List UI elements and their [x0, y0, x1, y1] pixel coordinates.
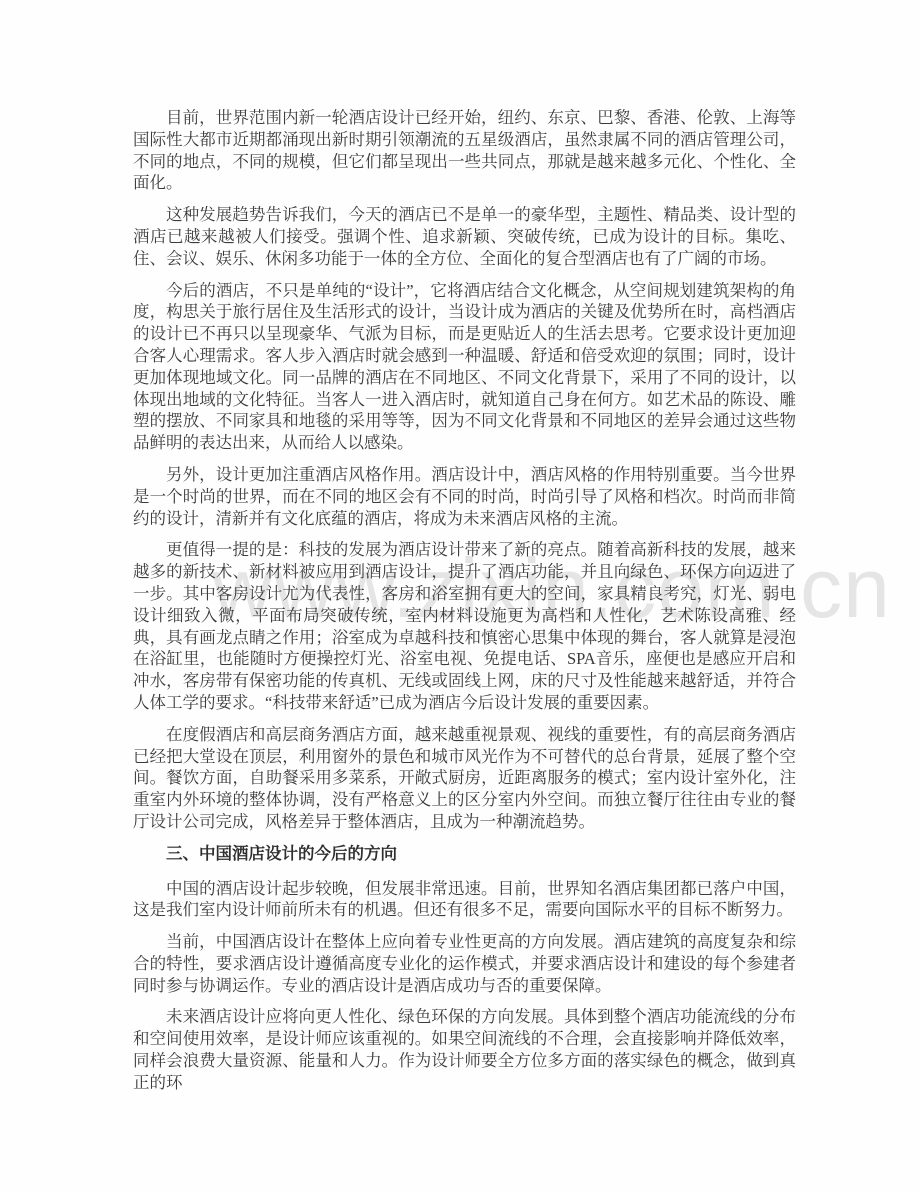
- paragraph-china-late-start: 中国的酒店设计起步较晚，但发展非常迅速。目前，世界知名酒店集团都已落户中国，这是…: [133, 878, 796, 922]
- paragraph-professional-direction: 当前，中国酒店设计在整体上应向着专业性更高的方向发展。酒店建筑的高度复杂和综合的…: [133, 931, 796, 996]
- paragraph-development-trend: 这种发展趋势告诉我们，今天的酒店已不是单一的豪华型，主题性、精品类、设计型的酒店…: [133, 204, 796, 269]
- paragraph-future-green-design: 未来酒店设计应将向更人性化、绿色环保的方向发展。具体到整个酒店功能流线的分布和空…: [133, 1006, 796, 1093]
- document-page: www.zixin.com.cn 目前，世界范围内新一轮酒店设计已经开始，纽约、…: [0, 0, 920, 1191]
- paragraph-hotel-design-trend-intro: 目前，世界范围内新一轮酒店设计已经开始，纽约、东京、巴黎、香港、伦敦、上海等国际…: [133, 107, 796, 194]
- paragraph-technology-highlights: 更值得一提的是：科技的发展为酒店设计带来了新的亮点。随着高新科技的发展，越来越多…: [133, 539, 796, 713]
- document-content: 目前，世界范围内新一轮酒店设计已经开始，纽约、东京、巴黎、香港、伦敦、上海等国际…: [133, 107, 796, 1104]
- paragraph-resort-business-hotels: 在度假酒店和高层商务酒店方面，越来越重视景观、视线的重要性，有的高层商务酒店已经…: [133, 724, 796, 833]
- paragraph-hotel-style: 另外，设计更加注重酒店风格作用。酒店设计中，酒店风格的作用特别重要。当今世界是一…: [133, 464, 796, 529]
- section-heading-china-direction: 三、中国酒店设计的今后的方向: [133, 843, 796, 865]
- paragraph-culture-concept: 今后的酒店，不只是单纯的“设计”，它将酒店结合文化概念，从空间规划建筑架构的角度…: [133, 280, 796, 454]
